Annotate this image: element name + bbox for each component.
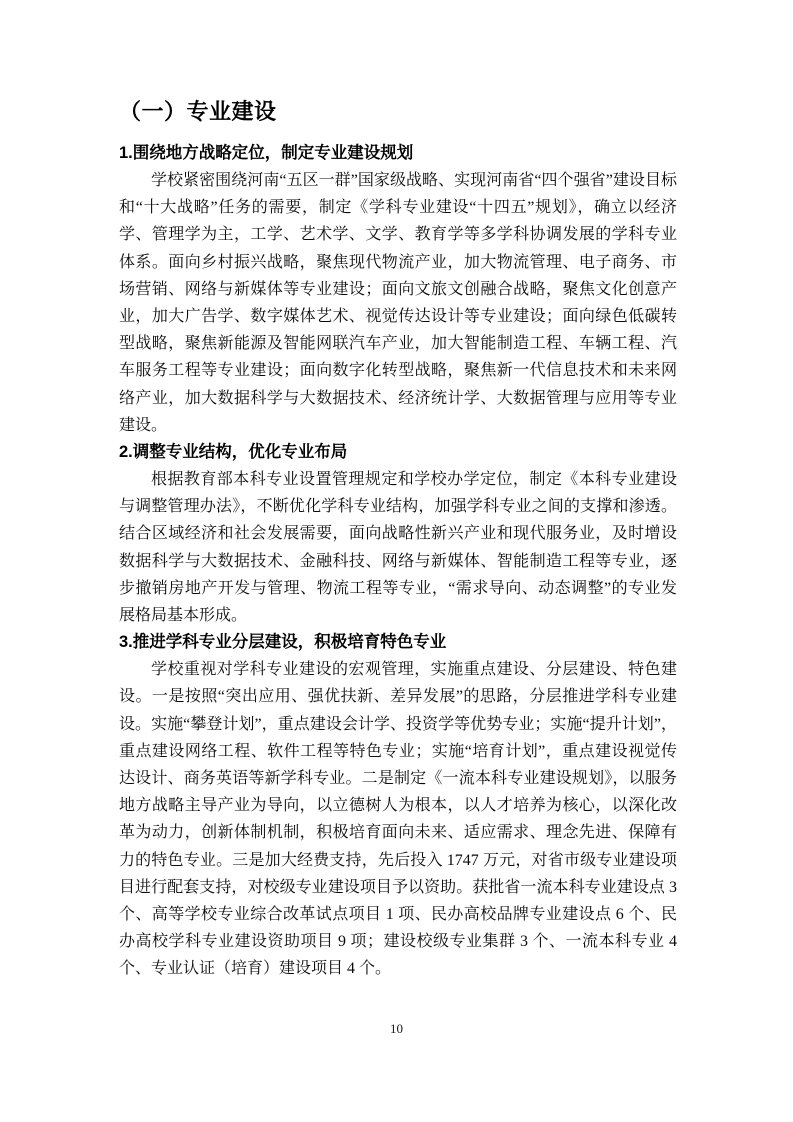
subsection-1-body: 学校紧密围绕河南“五区一群”国家级战略、实现河南省“四个强省”建设目标和“十大战… bbox=[119, 167, 677, 439]
subsection-2-title: 2.调整专业结构，优化专业布局 bbox=[119, 439, 677, 466]
subsection-3: 3.推进学科专业分层建设，积极培育特色专业 学校重视对学科专业建设的宏观管理，实… bbox=[119, 629, 677, 982]
subsection-3-title: 3.推进学科专业分层建设，积极培育特色专业 bbox=[119, 629, 677, 656]
subsection-1: 1.围绕地方战略定位，制定专业建设规划 学校紧密围绕河南“五区一群”国家级战略、… bbox=[119, 140, 677, 439]
section-heading: （一）专业建设 bbox=[119, 97, 677, 127]
document-page: （一）专业建设 1.围绕地方战略定位，制定专业建设规划 学校紧密围绕河南“五区一… bbox=[0, 0, 793, 1122]
subsection-2-body: 根据教育部本科专业设置管理规定和学校办学定位，制定《本科专业建设与调整管理办法》… bbox=[119, 466, 677, 629]
page-number: 10 bbox=[390, 1021, 403, 1036]
page-footer: 10 bbox=[0, 1020, 793, 1038]
subsection-2: 2.调整专业结构，优化专业布局 根据教育部本科专业设置管理规定和学校办学定位，制… bbox=[119, 439, 677, 629]
subsection-3-body: 学校重视对学科专业建设的宏观管理，实施重点建设、分层建设、特色建设。一是按照“突… bbox=[119, 656, 677, 982]
document-content: （一）专业建设 1.围绕地方战略定位，制定专业建设规划 学校紧密围绕河南“五区一… bbox=[119, 97, 677, 983]
subsection-1-title: 1.围绕地方战略定位，制定专业建设规划 bbox=[119, 140, 677, 167]
